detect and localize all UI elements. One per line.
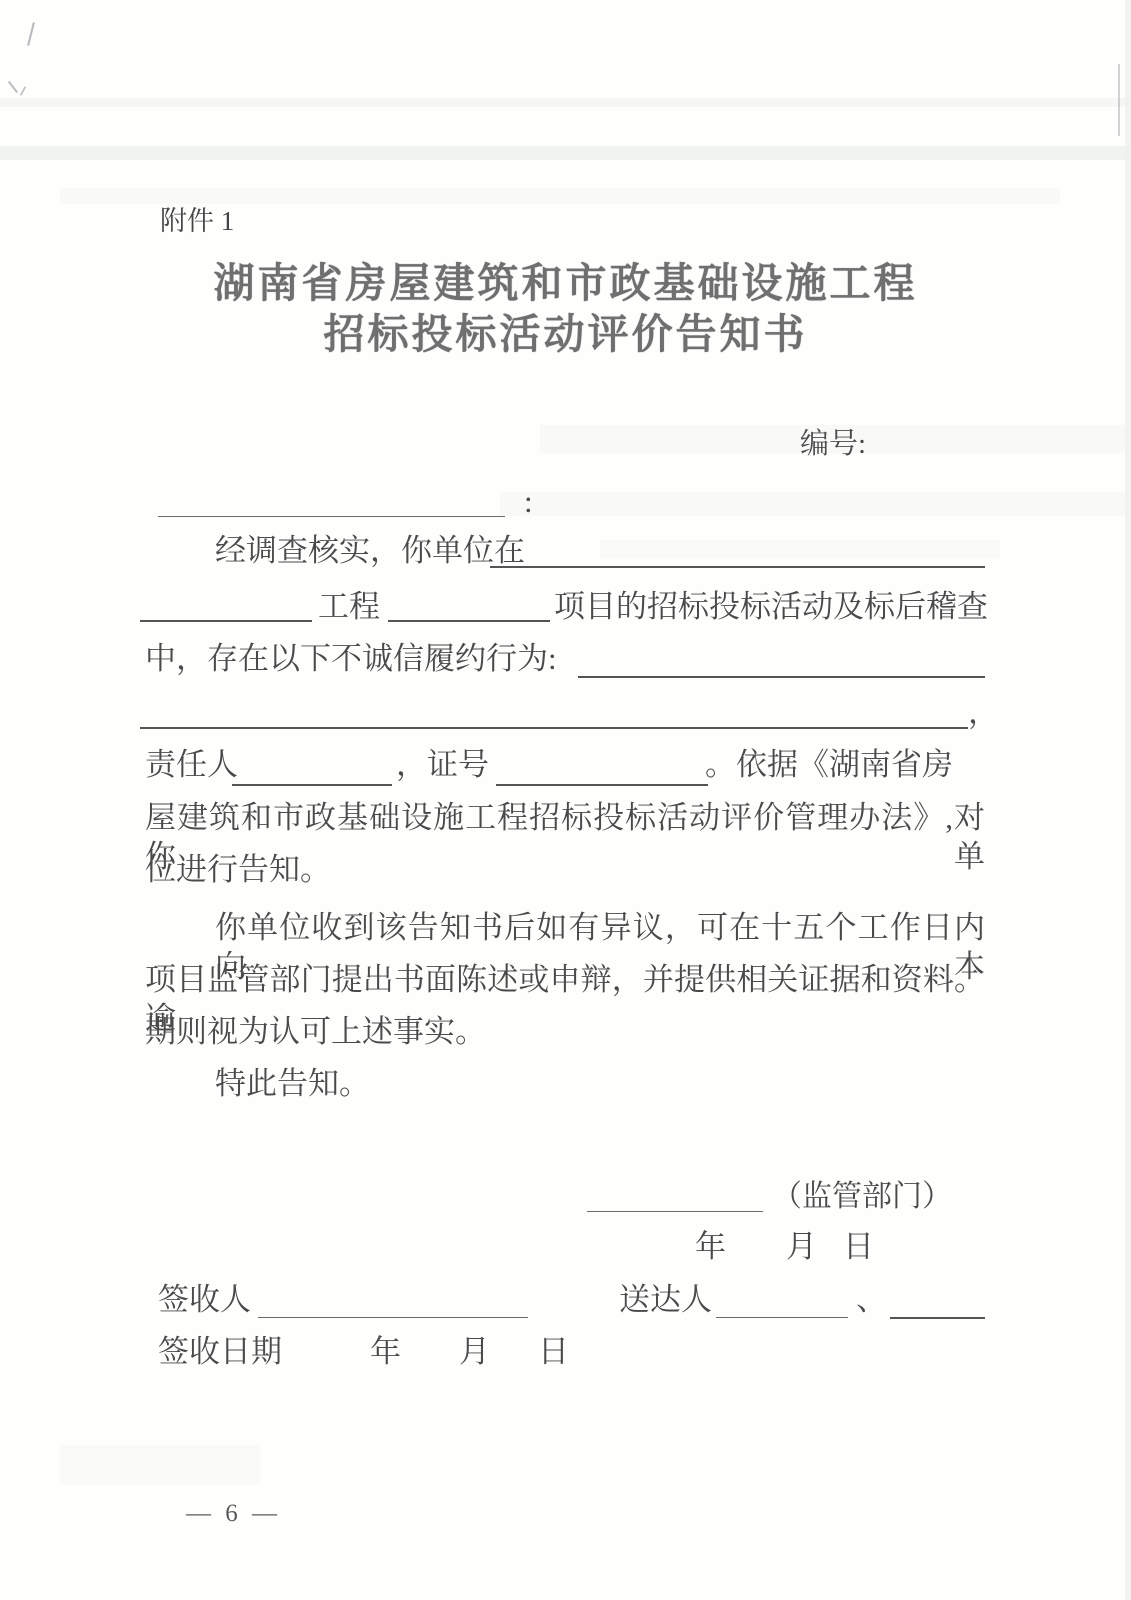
scan-speck <box>20 86 27 96</box>
receiver-label: 签收人 <box>158 1281 251 1320</box>
blank-deliverer-2 <box>890 1317 985 1319</box>
blank-receiver <box>258 1317 528 1318</box>
para1-tail: 项目的招标投标活动及标后稽查 <box>554 589 988 624</box>
receipt-date-label: 签收日期 <box>158 1334 282 1369</box>
blank-supervising-dept <box>587 1211 763 1212</box>
para2-responsible-label: 责任人 <box>145 747 238 782</box>
addressee-colon: : <box>524 483 533 522</box>
scan-speck <box>8 81 18 93</box>
para1-line3: 中，存在以下不诚信履约行为: <box>145 640 557 679</box>
sign-month-label: 月 <box>786 1229 817 1264</box>
blank-responsible-person <box>232 784 392 786</box>
number-label: 编号: <box>800 426 866 462</box>
scan-artifact-band <box>60 1445 260 1485</box>
blank-deliverer-1 <box>716 1317 848 1318</box>
blank-project-type <box>140 620 312 622</box>
para4-notice: 特此告知。 <box>215 1065 370 1104</box>
para1-lead: 经调查核实，你单位在 <box>215 532 525 571</box>
blank-cert-number <box>496 784 708 786</box>
para2-cert-label: 证号 <box>427 747 489 782</box>
deliverer-label: 送达人 <box>619 1281 712 1320</box>
scan-artifact-band <box>60 188 1060 204</box>
para1-trailing-comma: ， <box>968 694 999 733</box>
receipt-month-label: 月 <box>459 1334 490 1369</box>
deliverer-separator: 、 <box>856 1281 887 1320</box>
scan-artifact-band <box>0 146 1131 160</box>
scan-speck <box>27 22 35 46</box>
sign-day-label: 日 <box>843 1229 874 1264</box>
para2-after-cert: 。依据《湖南省房 <box>705 747 953 782</box>
receipt-day-label: 日 <box>538 1334 569 1369</box>
para3-line3: 期则视为认可上述事实。 <box>145 1013 486 1052</box>
blank-project-name <box>388 620 550 622</box>
document-title-line2: 招标投标活动评价告知书 <box>0 301 1131 360</box>
scan-edge-shadow <box>1125 0 1131 1600</box>
blank-project-location <box>490 566 985 568</box>
attachment-label: 附件 1 <box>160 205 234 239</box>
para2-line3: 位进行告知。 <box>145 851 331 890</box>
scanned-document-page: 附件 1 湖南省房屋建筑和市政基础设施工程 招标投标活动评价告知书 编号: : … <box>0 0 1131 1600</box>
para1-mid: 工程 <box>318 589 380 624</box>
blank-behavior-1 <box>578 676 985 678</box>
sign-year-label: 年 <box>695 1229 726 1264</box>
blank-behavior-2 <box>140 727 968 729</box>
scan-artifact-band <box>600 540 1000 558</box>
scan-artifact-band <box>0 98 1131 107</box>
addressee-blank-line <box>158 516 505 517</box>
supervising-dept-label: （监管部门） <box>772 1178 952 1216</box>
page-number: — 6 — <box>186 1498 281 1529</box>
para2-comma: ， <box>396 747 427 782</box>
scan-artifact-band <box>500 492 1131 516</box>
scan-speck <box>1118 64 1120 136</box>
receipt-year-label: 年 <box>370 1334 401 1369</box>
